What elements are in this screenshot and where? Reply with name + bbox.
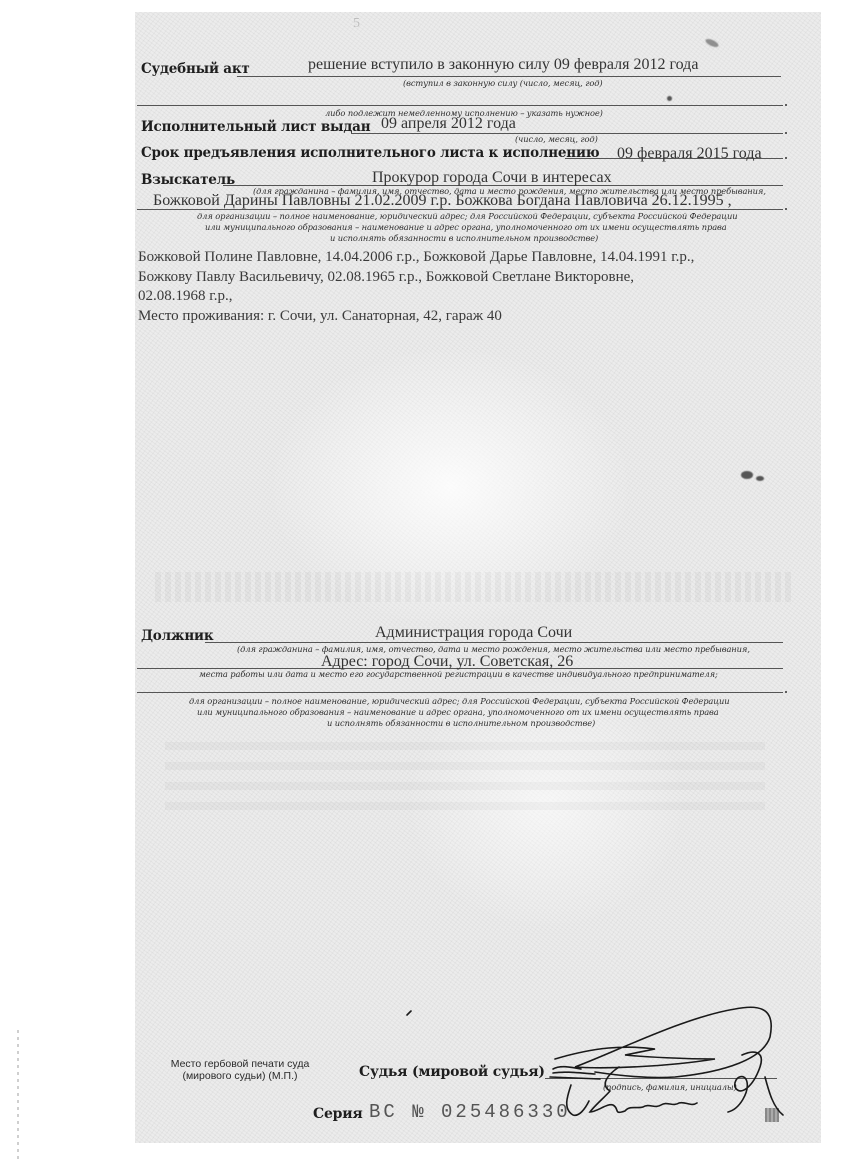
debtor-value-1: Администрация города Сочи [375,624,572,642]
scan-edge-artifact [17,1030,19,1160]
scan-speck [667,96,672,101]
series-label: Серия [313,1106,363,1122]
page-marker: 5 [353,16,360,32]
creditor-hint-4: и исполнять обязанности в исполнительном… [330,233,598,243]
deadline-label: Срок предъявления исполнительного листа … [141,145,599,161]
creditor-continuation-line: Божкову Павлу Васильевичу, 02.08.1965 г.… [138,268,818,288]
creditor-hint-3: или муниципального образования – наимено… [205,222,727,232]
creditor-value-1: Прокурор города Сочи в интересах [372,169,612,187]
creditor-label: Взыскатель [141,172,235,188]
line-end-dot [785,208,787,210]
debtor-hint-5: и исполнять обязанности в исполнительном… [327,718,595,728]
document-page: 5 Судебный акт решение вступило в законн… [135,12,821,1143]
creditor-hint-2: для организации – полное наименование, ю… [197,211,737,221]
debtor-label: Должник [141,628,213,644]
show-through-artifact [155,572,795,602]
stamp-place-line-2: (мирового судьи) (М.П.) [165,1070,315,1082]
line-end-dot [785,132,787,134]
debtor-hint-3: для организации – полное наименование, ю… [189,696,729,706]
stamp-place: Место гербовой печати суда (мирового суд… [165,1058,315,1082]
writ-issued-hint: (число, месяц, год) [515,134,598,144]
debtor-hint-2: места работы или дата и место его госуда… [199,669,718,679]
court-act-value: решение вступило в законную силу 09 февр… [308,56,698,74]
judge-signature [385,997,805,1137]
creditor-continuation: Божковой Полине Павловне, 14.04.2006 г.р… [138,248,818,326]
court-act-line-2 [137,105,783,106]
scan-speck [704,37,719,48]
writ-issued-label: Исполнительный лист выдан [141,119,370,135]
court-act-hint: (вступил в законную силу (число, месяц, … [403,78,603,88]
line-end-dot [785,104,787,106]
court-act-label: Судебный акт [141,61,250,77]
debtor-line-3 [137,692,783,693]
creditor-continuation-line: 02.08.1968 г.р., [138,287,818,307]
court-act-line [237,76,781,77]
line-end-dot [785,691,787,693]
debtor-line-1 [205,642,783,643]
creditor-continuation-line: Божковой Полине Павловне, 14.04.2006 г.р… [138,248,818,268]
scan-speck [756,476,764,481]
writ-issued-value: 09 апреля 2012 года [381,115,516,133]
line-end-dot [785,157,787,159]
deadline-value: 09 февраля 2015 года [617,145,762,163]
creditor-value-2: Божковой Дарины Павловны 21.02.2009 г.р.… [153,192,732,210]
show-through-artifact [165,742,765,812]
stamp-place-line-1: Место гербовой печати суда [165,1058,315,1070]
creditor-residence: Место проживания: г. Сочи, ул. Санаторна… [138,307,818,327]
debtor-hint-4: или муниципального образования – наимено… [197,707,719,717]
scan-speck [741,471,753,479]
